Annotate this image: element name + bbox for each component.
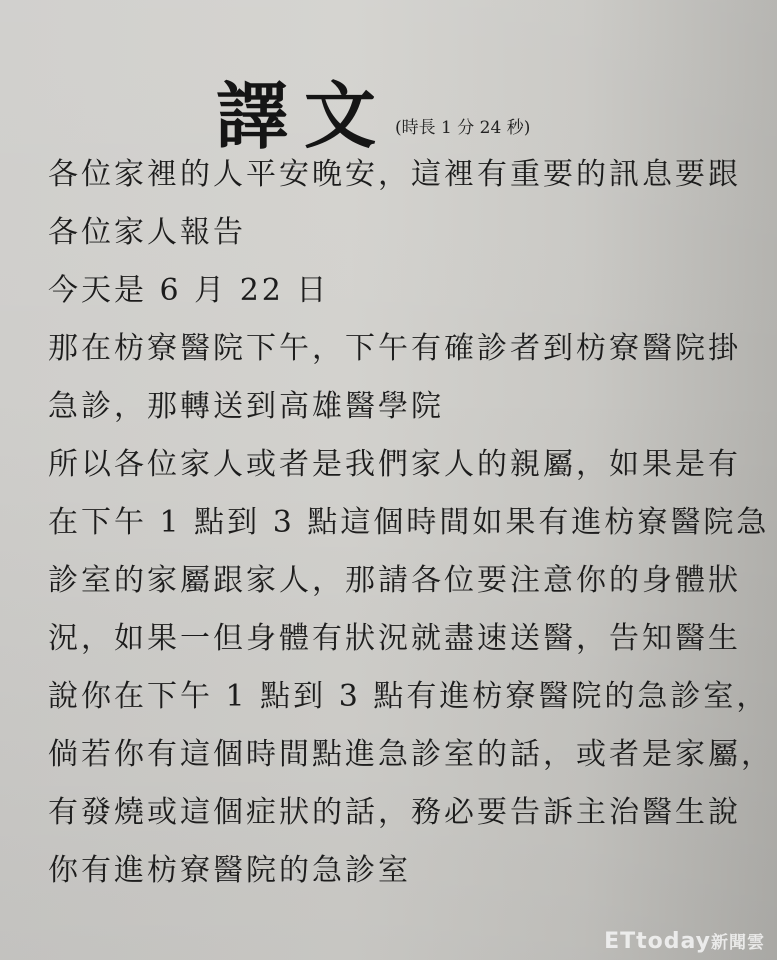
transcript-line: 在下午 1 點到 3 點這個時間如果有進枋寮醫院急 xyxy=(48,508,748,566)
transcript-line: 各位家裡的人平安晚安，這裡有重要的訊息要跟 xyxy=(48,160,748,218)
transcript-line: 今天是 6 月 22 日 xyxy=(48,276,748,334)
transcript-line: 所以各位家人或者是我們家人的親屬，如果是有 xyxy=(48,450,748,508)
watermark-suffix: 新聞雲 xyxy=(711,933,765,953)
transcript-line: 說你在下午 1 點到 3 點有進枋寮醫院的急診室， xyxy=(48,682,748,740)
transcript-line: 診室的家屬跟家人，那請各位要注意你的身體狀 xyxy=(48,566,748,624)
duration-label: (時長 1 分 24 秒) xyxy=(395,113,530,138)
transcript-line: 各位家人報告 xyxy=(48,218,748,276)
paper-sheet: 譯文 (時長 1 分 24 秒) 各位家裡的人平安晚安，這裡有重要的訊息要跟 各… xyxy=(0,0,777,960)
page-title: 譯文 xyxy=(216,73,392,158)
title-row: 譯文 xyxy=(216,58,392,162)
transcript-line: 況，如果一但身體有狀況就盡速送醫，告知醫生 xyxy=(48,624,748,682)
transcript-line: 有發燒或這個症狀的話，務必要告訴主治醫生說 xyxy=(48,798,748,856)
transcript-body: 各位家裡的人平安晚安，這裡有重要的訊息要跟 各位家人報告 今天是 6 月 22 … xyxy=(48,160,748,914)
transcript-line: 倘若你有這個時間點進急診室的話，或者是家屬， xyxy=(48,740,748,798)
transcript-line: 那在枋寮醫院下午，下午有確診者到枋寮醫院掛 xyxy=(48,334,748,392)
transcript-line: 急診，那轉送到高雄醫學院 xyxy=(48,392,748,450)
watermark-brand: ETtoday xyxy=(604,929,711,954)
ettoday-watermark: ETtoday新聞雲 xyxy=(604,928,765,954)
transcript-line: 你有進枋寮醫院的急診室 xyxy=(48,856,748,914)
